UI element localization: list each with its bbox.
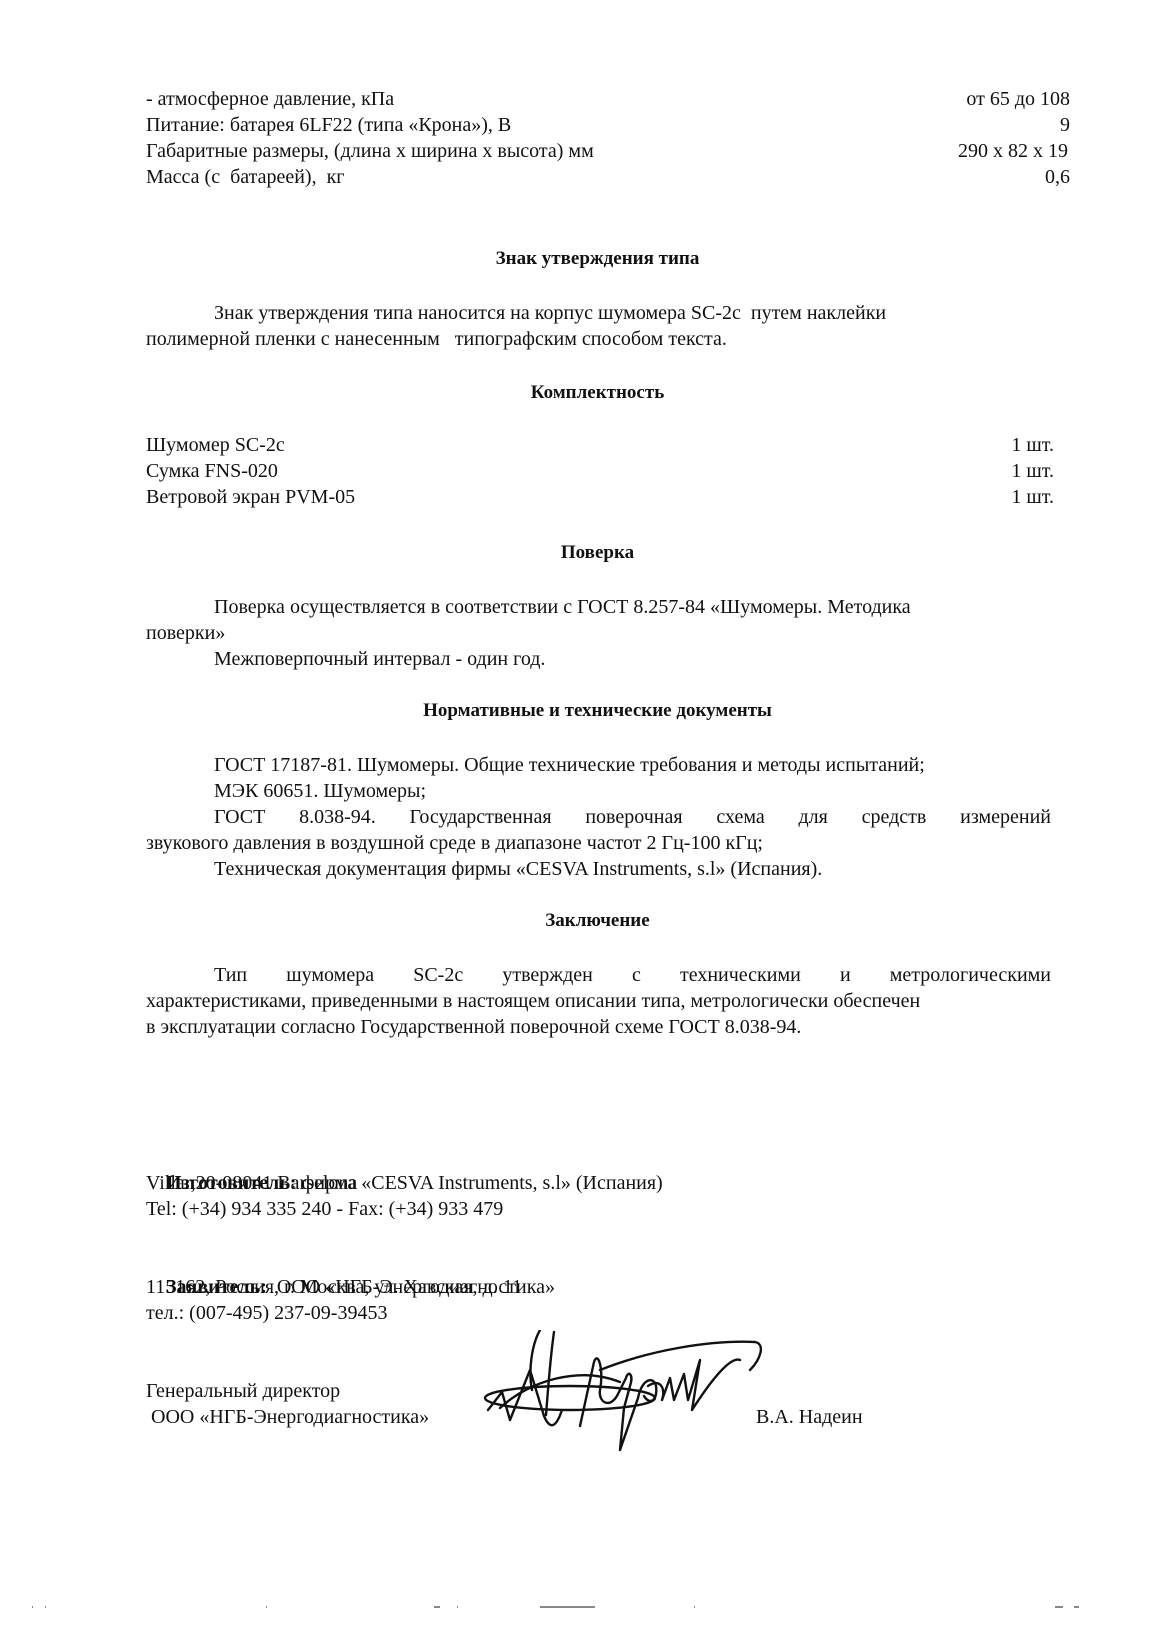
spec-row: Питание: батарея 6LF22 (типа «Крона»), В… <box>146 112 1046 138</box>
section-heading-verification: Поверка <box>10 540 1175 566</box>
scan-mark <box>1055 1606 1063 1608</box>
signatory-organization: ООО «НГБ-Энергодиагностика» <box>146 1404 429 1430</box>
scan-mark <box>32 1606 33 1608</box>
completeness-item: Шумомер SC-2c 1 шт. <box>146 432 1054 458</box>
spec-label: Масса (с батареей), кг <box>146 164 345 190</box>
document-line: ГОСТ 8.038-94. Государственная поверочна… <box>214 804 1051 830</box>
completeness-item: Ветровой экран PVM-05 1 шт. <box>146 484 1054 510</box>
item-name: Ветровой экран PVM-05 <box>146 484 355 510</box>
verification-line: поверки» <box>146 620 1051 646</box>
spec-row: - атмосферное давление, кПа от 65 до 108 <box>146 86 1046 112</box>
manufacturer-address: Villar,20-08041 Barselona <box>146 1170 357 1196</box>
verification-line: Поверка осуществляется в соответствии с … <box>146 594 1119 620</box>
conclusion-line: характеристиками, приведенными в настоящ… <box>146 988 1051 1014</box>
spec-label: Питание: батарея 6LF22 (типа «Крона»), В <box>146 112 511 138</box>
scan-mark <box>694 1606 695 1608</box>
spec-value: 290 х 82 х 19 <box>958 138 1068 164</box>
scan-mark <box>45 1606 46 1608</box>
spec-value: 9 <box>1060 112 1070 138</box>
handwritten-signature <box>470 1330 770 1530</box>
document-line: звукового давления в воздушной среде в д… <box>146 830 1051 856</box>
item-name: Сумка FNS-020 <box>146 458 278 484</box>
spec-value: от 65 до 108 <box>966 86 1070 112</box>
item-name: Шумомер SC-2c <box>146 432 285 458</box>
spec-label: - атмосферное давление, кПа <box>146 86 394 112</box>
completeness-item: Сумка FNS-020 1 шт. <box>146 458 1054 484</box>
verification-line: Межповерпочный интервал - один год. <box>146 646 1119 672</box>
item-qty: 1 шт. <box>1011 458 1054 484</box>
scan-mark <box>266 1606 267 1608</box>
approval-mark-line: полимерной пленки с нанесенным типографс… <box>146 326 1051 352</box>
conclusion-line: Тип шумомера SC-2c утвержден с техническ… <box>214 962 1051 988</box>
document-line: ГОСТ 17187-81. Шумомеры. Общие техническ… <box>146 752 1119 778</box>
section-heading-conclusion: Заключение <box>10 908 1175 934</box>
signatory-position: Генеральный директор <box>146 1378 340 1404</box>
manufacturer-contacts: Tel: (+34) 934 335 240 - Fax: (+34) 933 … <box>146 1196 503 1222</box>
approval-mark-line: Знак утверждения типа наносится на корпу… <box>146 300 1119 326</box>
scan-mark <box>1074 1606 1079 1608</box>
document-line: МЭК 60651. Шумомеры; <box>146 778 1119 804</box>
applicant-address: 115162, Россия, г. Москва, ул. Хавская, … <box>146 1274 522 1300</box>
signatory-name: В.А. Надеин <box>756 1404 863 1430</box>
section-heading-documents: Нормативные и технические документы <box>10 698 1175 724</box>
spec-row: Масса (с батареей), кг 0,6 <box>146 164 1046 190</box>
scan-mark <box>434 1606 440 1608</box>
scan-mark <box>540 1606 595 1608</box>
spec-value: 0,6 <box>1045 164 1070 190</box>
applicant-contacts: тел.: (007-495) 237-09-39453 <box>146 1300 387 1326</box>
conclusion-line: в эксплуатации согласно Государственной … <box>146 1014 1051 1040</box>
scan-mark <box>457 1606 458 1608</box>
section-heading-approval-mark: Знак утверждения типа <box>10 246 1175 272</box>
spec-label: Габаритные размеры, (длина х ширина х вы… <box>146 138 594 164</box>
spec-row: Габаритные размеры, (длина х ширина х вы… <box>146 138 1046 164</box>
document-line: Техническая документация фирмы «CESVA In… <box>146 856 1119 882</box>
item-qty: 1 шт. <box>1011 484 1054 510</box>
item-qty: 1 шт. <box>1011 432 1054 458</box>
scan-artifact-marks <box>0 1606 1175 1610</box>
document-page: - атмосферное давление, кПа от 65 до 108… <box>0 0 1175 1652</box>
section-heading-completeness: Комплектность <box>10 380 1175 406</box>
